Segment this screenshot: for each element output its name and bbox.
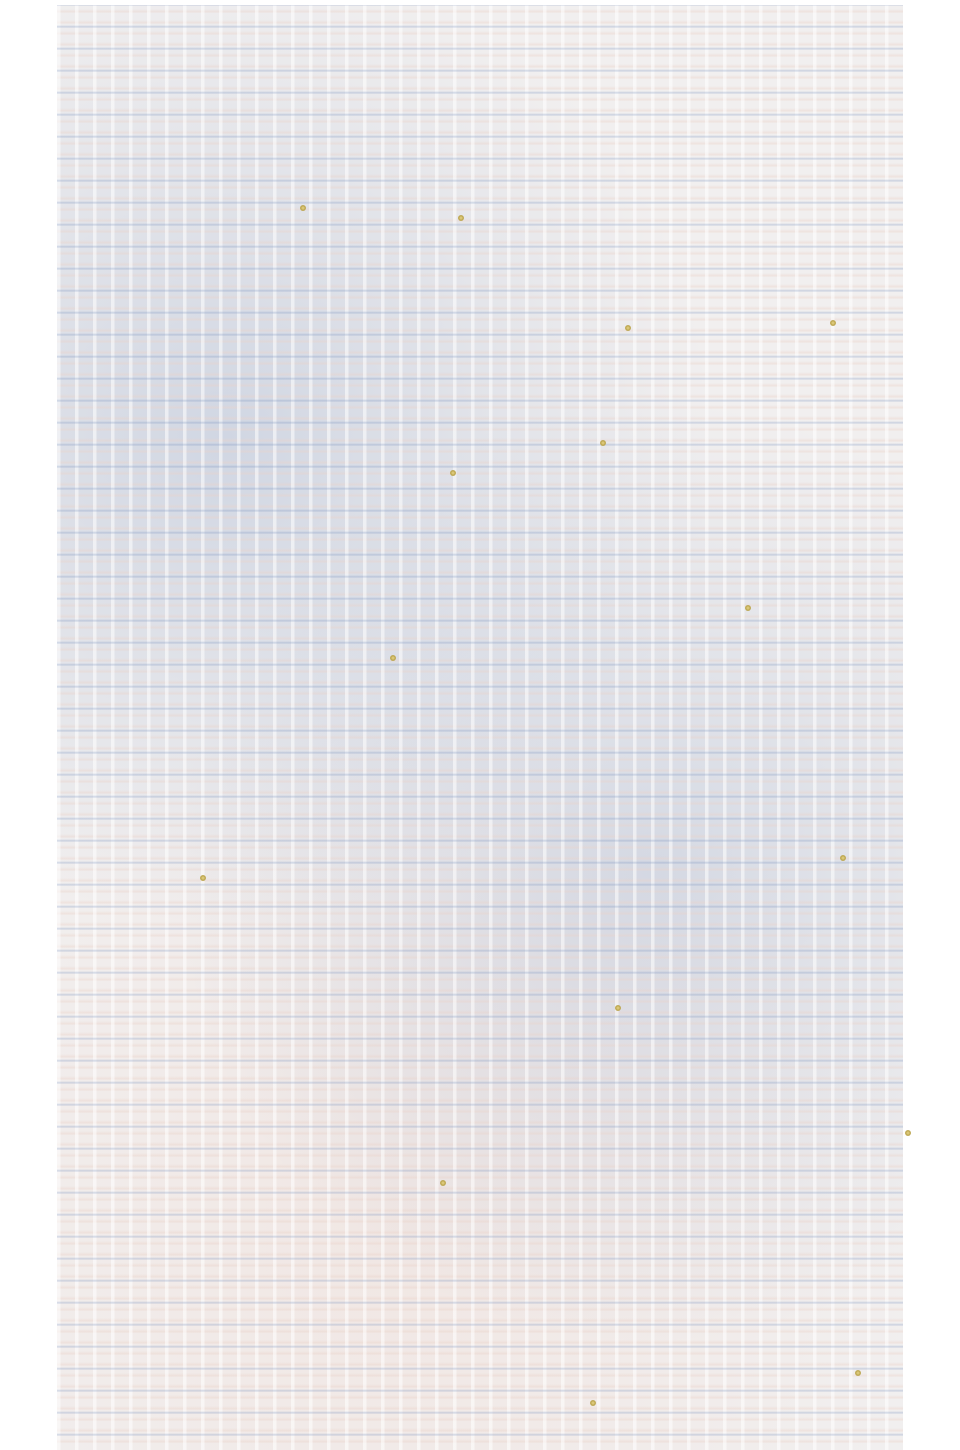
sequin-sparkle (615, 1005, 621, 1011)
sequin-sparkle (440, 1180, 446, 1186)
sequin-sparkle (590, 1400, 596, 1406)
sequin-sparkle (830, 320, 836, 326)
sequin-sparkle (840, 855, 846, 861)
sequin-sparkle (450, 470, 456, 476)
sequin-sparkle (905, 1130, 911, 1136)
sequin-sparkle (855, 1370, 861, 1376)
sequin-sparkle (625, 325, 631, 331)
sequin-sparkle (390, 655, 396, 661)
sequin-sparkle (745, 605, 751, 611)
sequin-sparkle (300, 205, 306, 211)
sequin-sparkle (458, 215, 464, 221)
sequin-sparkle (200, 875, 206, 881)
tweed-fabric-photo (57, 5, 903, 1450)
sequin-sparkle (600, 440, 606, 446)
